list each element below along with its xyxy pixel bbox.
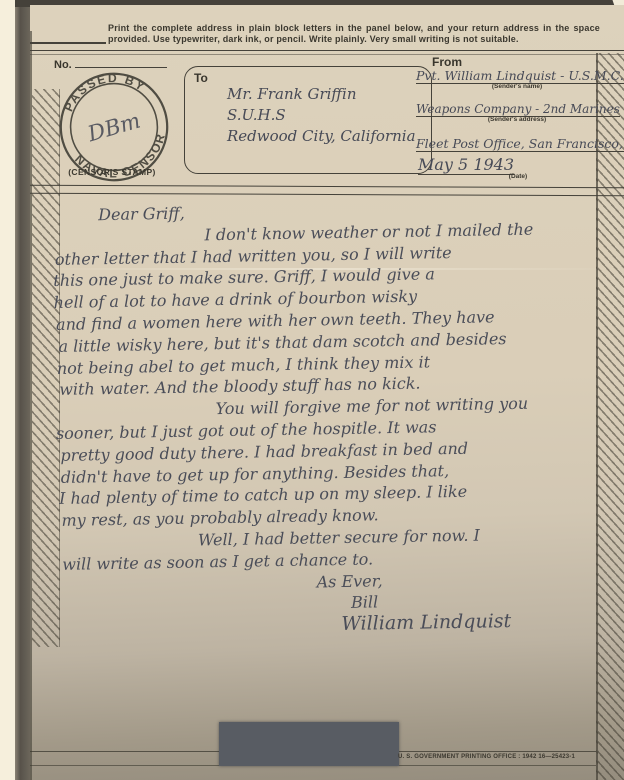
to-label: To [194,71,208,85]
no-label: No. [54,59,72,71]
letter-body: Dear Griff, I don't know weather or not … [52,195,612,641]
form-instructions: Print the complete address in plain bloc… [108,23,600,44]
censor-stamp-caption: (CENSOR'S STAMP) [50,167,174,177]
sender-name: Pvt. William Lindquist - U.S.M.C. [416,68,624,84]
to-address-line: Redwood City, California [227,126,416,147]
date-field: May 5 1943 (Date) [418,155,618,180]
bottom-dark-bar [219,722,399,766]
sender-address: Weapons Company - 2nd Marines [416,102,620,117]
vmail-form-paper: Print the complete address in plain bloc… [30,5,624,780]
date-handwritten: May 5 1943 [418,155,514,175]
to-address-panel: To Mr. Frank Griffin S.U.H.S Redwood Cit… [184,66,432,174]
to-address-line: Mr. Frank Griffin [227,84,416,105]
photo-edge-left [15,0,30,780]
form-top-rule-left [30,42,106,44]
censor-initials: DBm [84,109,143,148]
sender-name-field: Pvt. William Lindquist - U.S.M.C. (Sende… [416,67,618,90]
form-top-rule [30,50,624,55]
sender-address-caption: (Sender's address) [416,116,618,123]
header-divider-rule [30,185,624,197]
sender-name-caption: (Sender's name) [416,83,618,90]
vmail-letter-scan: Print the complete address in plain bloc… [0,0,624,780]
sender-address-field: Weapons Company - 2nd Marines (Sender's … [416,100,618,123]
sender-address2-field: Fleet Post Office, San Francisco, Calif. [416,135,618,153]
photo-left-margin [0,0,15,780]
signature-fullname: William Lindquist [341,609,611,636]
to-address: Mr. Frank Griffin S.U.H.S Redwood City, … [227,84,416,147]
to-address-line: S.U.H.S [227,105,416,126]
sender-address2: Fleet Post Office, San Francisco, Calif. [416,136,624,152]
gpo-imprint: U. S. GOVERNMENT PRINTING OFFICE : 1942 … [398,754,575,760]
